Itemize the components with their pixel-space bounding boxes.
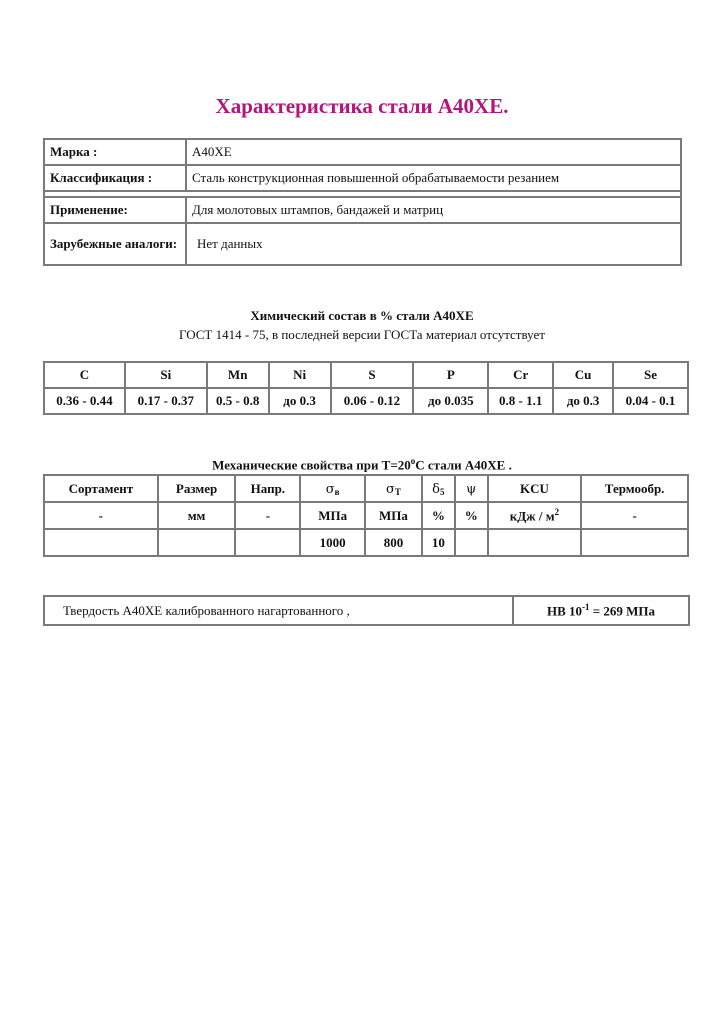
mech-unit-cell: % xyxy=(422,502,455,529)
chem-element-value: 0.06 - 0.12 xyxy=(331,388,414,414)
info-row-analogs: Зарубежные аналоги: Нет данных xyxy=(44,223,681,265)
mech-header-row: СортаментРазмерНапр.σвσTδ5ψKCUТермообр. xyxy=(44,475,688,502)
mech-header-cell: σT xyxy=(365,475,422,502)
chem-element-header: Ni xyxy=(269,362,331,388)
mech-value-cell xyxy=(488,529,582,556)
mech-units-row: -мм-МПаМПа%%кДж / м2- xyxy=(44,502,688,529)
chem-element-header: Si xyxy=(125,362,207,388)
chem-element-header: Cu xyxy=(553,362,613,388)
mech-header-cell: Напр. xyxy=(235,475,300,502)
mech-header-cell: δ5 xyxy=(422,475,455,502)
chem-element-header: Se xyxy=(613,362,688,388)
info-row-grade: Марка : А40ХЕ xyxy=(44,139,681,165)
chem-element-value: 0.04 - 0.1 xyxy=(613,388,688,414)
chem-subtitle: ГОСТ 1414 - 75, в последней версии ГОСТа… xyxy=(0,327,724,343)
chem-element-value: до 0.3 xyxy=(269,388,331,414)
mech-header-cell: Размер xyxy=(158,475,236,502)
mech-unit-cell: - xyxy=(581,502,688,529)
info-value: Для молотовых штампов, бандажей и матриц xyxy=(186,197,681,223)
chem-element-header: Cr xyxy=(488,362,553,388)
info-value: Нет данных xyxy=(186,223,681,265)
mech-properties-table: СортаментРазмерНапр.σвσTδ5ψKCUТермообр. … xyxy=(43,474,689,557)
chem-header-row: CSiMnNiSPCrCuSe xyxy=(44,362,688,388)
mech-unit-cell: мм xyxy=(158,502,236,529)
steel-info-table: Марка : А40ХЕ Классификация : Сталь конс… xyxy=(43,138,682,266)
info-label: Марка : xyxy=(44,139,186,165)
mech-value-cell xyxy=(581,529,688,556)
mech-header-cell: KCU xyxy=(488,475,582,502)
mech-value-cell xyxy=(235,529,300,556)
mech-header-cell: Термообр. xyxy=(581,475,688,502)
info-label: Применение: xyxy=(44,197,186,223)
mech-value-cell xyxy=(455,529,488,556)
chem-element-header: Mn xyxy=(207,362,269,388)
chem-element-value: до 0.3 xyxy=(553,388,613,414)
info-row-classification: Классификация : Сталь конструкционная по… xyxy=(44,165,681,191)
mech-value-cell: 800 xyxy=(365,529,422,556)
mech-header-cell: ψ xyxy=(455,475,488,502)
chem-element-value: 0.36 - 0.44 xyxy=(44,388,125,414)
mech-unit-cell: МПа xyxy=(300,502,365,529)
hardness-label: Твердость А40ХЕ калиброванного нагартова… xyxy=(44,596,513,625)
mech-unit-cell: кДж / м2 xyxy=(488,502,582,529)
info-value: А40ХЕ xyxy=(186,139,681,165)
mech-unit-cell: - xyxy=(235,502,300,529)
mech-value-cell xyxy=(158,529,236,556)
info-label: Зарубежные аналоги: xyxy=(44,223,186,265)
info-label: Классификация : xyxy=(44,165,186,191)
chem-element-value: 0.17 - 0.37 xyxy=(125,388,207,414)
info-row-application: Применение: Для молотовых штампов, банда… xyxy=(44,197,681,223)
mech-value-cell: 1000 xyxy=(300,529,365,556)
mech-header-cell: σв xyxy=(300,475,365,502)
mech-title: Механические свойства при Т=20oС стали А… xyxy=(0,456,724,473)
mech-header-cell: Сортамент xyxy=(44,475,158,502)
chem-element-value: до 0.035 xyxy=(413,388,488,414)
chem-title: Химический состав в % стали А40ХЕ xyxy=(0,308,724,324)
chem-element-value: 0.8 - 1.1 xyxy=(488,388,553,414)
mech-value-cell xyxy=(44,529,158,556)
mech-unit-cell: - xyxy=(44,502,158,529)
chem-element-header: P xyxy=(413,362,488,388)
page-title: Характеристика стали А40ХЕ. xyxy=(0,94,724,119)
hardness-table: Твердость А40ХЕ калиброванного нагартова… xyxy=(43,595,690,626)
chem-element-header: C xyxy=(44,362,125,388)
mech-unit-cell: % xyxy=(455,502,488,529)
chem-composition-table: CSiMnNiSPCrCuSe 0.36 - 0.440.17 - 0.370.… xyxy=(43,361,689,415)
mech-data-row: 100080010 xyxy=(44,529,688,556)
chem-element-value: 0.5 - 0.8 xyxy=(207,388,269,414)
hardness-value: HB 10-1 = 269 МПа xyxy=(513,596,689,625)
chem-element-header: S xyxy=(331,362,414,388)
mech-unit-cell: МПа xyxy=(365,502,422,529)
mech-value-cell: 10 xyxy=(422,529,455,556)
chem-values-row: 0.36 - 0.440.17 - 0.370.5 - 0.8до 0.30.0… xyxy=(44,388,688,414)
info-value: Сталь конструкционная повышенной обрабат… xyxy=(186,165,681,191)
